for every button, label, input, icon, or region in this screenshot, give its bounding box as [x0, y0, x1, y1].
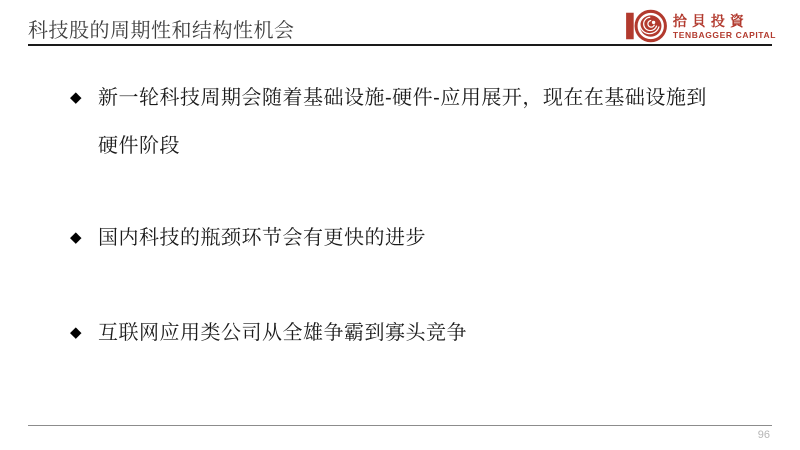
header-divider [28, 44, 772, 46]
bullet-line: 硬件阶段 [98, 122, 707, 170]
bullet-line: 互联网应用类公司从全雄争霸到寡头竞争 [98, 309, 467, 357]
bullet-line: 国内科技的瓶颈环节会有更快的进步 [98, 214, 426, 262]
bullet-text: 互联网应用类公司从全雄争霸到寡头竞争 [98, 309, 467, 357]
presentation-slide: 科技股的周期性和结构性机会 拾貝投資 TENBAGGER CAPITAL ◆ 新… [0, 0, 800, 450]
slide-title: 科技股的周期性和结构性机会 [28, 14, 295, 43]
bullet-text: 新一轮科技周期会随着基础设施-硬件-应用展开，现在在基础设施到 硬件阶段 [98, 74, 707, 170]
page-number: 96 [758, 429, 770, 441]
bullet-text: 国内科技的瓶颈环节会有更快的进步 [98, 214, 426, 262]
bullet-line: 新一轮科技周期会随着基础设施-硬件-应用展开，现在在基础设施到 [98, 74, 707, 122]
diamond-bullet-icon: ◆ [70, 74, 98, 122]
logo-name-chinese: 拾貝投資 [673, 12, 776, 30]
tenbagger-shell-logo-icon [624, 8, 668, 44]
company-logo: 拾貝投資 TENBAGGER CAPITAL [624, 8, 776, 44]
logo-name-english: TENBAGGER CAPITAL [673, 30, 776, 41]
logo-wordmark: 拾貝投資 TENBAGGER CAPITAL [673, 12, 776, 41]
bullet-item: ◆ 互联网应用类公司从全雄争霸到寡头竞争 [70, 309, 750, 357]
slide-body: ◆ 新一轮科技周期会随着基础设施-硬件-应用展开，现在在基础设施到 硬件阶段 ◆… [70, 74, 750, 357]
footer-divider [28, 425, 772, 426]
diamond-bullet-icon: ◆ [70, 309, 98, 357]
bullet-item: ◆ 国内科技的瓶颈环节会有更快的进步 [70, 214, 750, 262]
diamond-bullet-icon: ◆ [70, 214, 98, 262]
bullet-item: ◆ 新一轮科技周期会随着基础设施-硬件-应用展开，现在在基础设施到 硬件阶段 [70, 74, 750, 170]
